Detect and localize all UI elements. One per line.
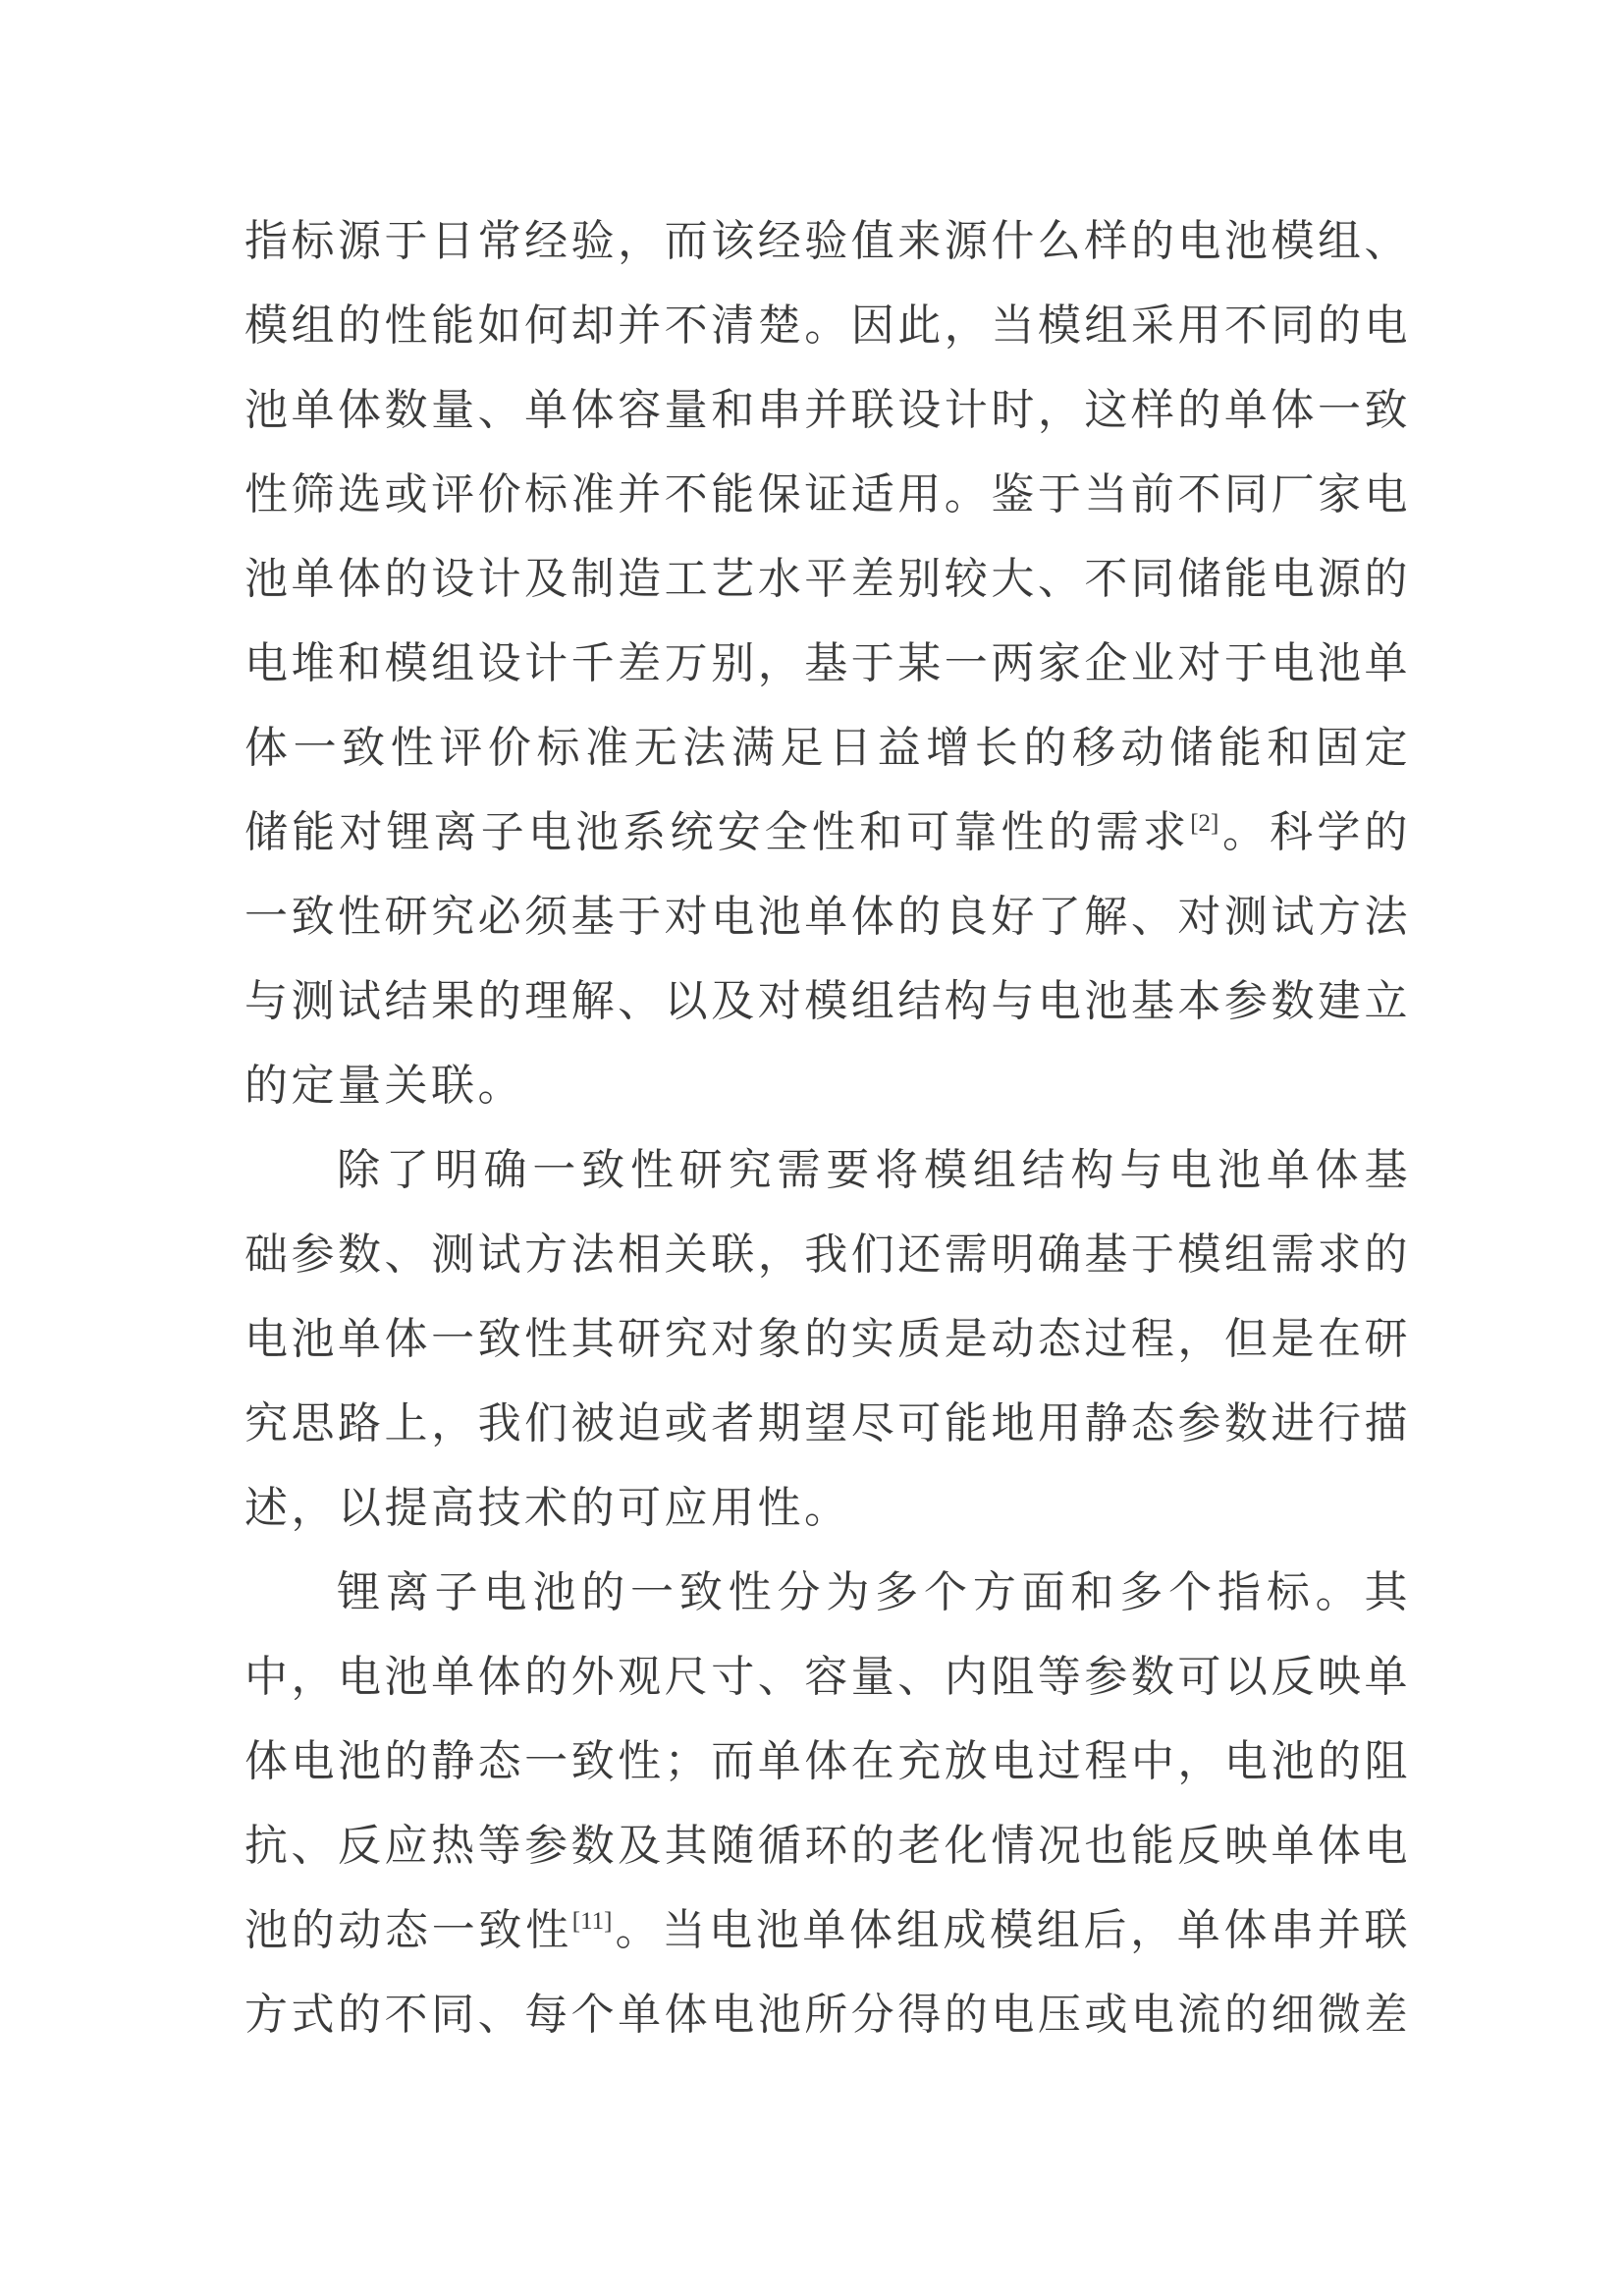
text-line: 述，以提高技术的可应用性。: [244, 1466, 1408, 1551]
text-run: 性筛选或评价标准并不能保证适用。鉴于当前不同厂家电: [244, 470, 1408, 519]
text-line: 池单体的设计及制造工艺水平差别较大、不同储能电源的: [244, 537, 1408, 622]
text-line: 的定量关联。: [244, 1044, 1408, 1128]
text-line: 究思路上，我们被迫或者期望尽可能地用静态参数进行描: [244, 1382, 1408, 1466]
citation-ref: [11]: [572, 1908, 613, 1935]
text-line: 抗、反应热等参数及其随循环的老化情况也能反映单体电: [244, 1804, 1408, 1888]
text-line: 池单体数量、单体容量和串并联设计时，这样的单体一致: [244, 368, 1408, 453]
text-line: 储能对锂离子电池系统安全性和可靠性的需求[2]。科学的: [244, 791, 1408, 875]
text-line: 指标源于日常经验，而该经验值来源什么样的电池模组、: [244, 199, 1408, 284]
text-run: 池单体数量、单体容量和串并联设计时，这样的单体一致: [244, 386, 1408, 434]
text-block: 指标源于日常经验，而该经验值来源什么样的电池模组、模组的性能如何却并不清楚。因此…: [244, 199, 1408, 2057]
paragraph-1: 指标源于日常经验，而该经验值来源什么样的电池模组、模组的性能如何却并不清楚。因此…: [244, 199, 1408, 1128]
text-line: 电堆和模组设计千差万别，基于某一两家企业对于电池单: [244, 622, 1408, 706]
text-run: 指标源于日常经验，而该经验值来源什么样的电池模组、: [244, 217, 1408, 265]
text-line: 体一致性评价标准无法满足日益增长的移动储能和固定: [244, 706, 1408, 791]
document-page: 指标源于日常经验，而该经验值来源什么样的电池模组、模组的性能如何却并不清楚。因此…: [0, 0, 1623, 2296]
text-run: 础参数、测试方法相关联，我们还需明确基于模组需求的: [244, 1230, 1408, 1279]
text-run: 除了明确一致性研究需要将模组结构与电池单体基: [337, 1146, 1408, 1194]
text-line: 与测试结果的理解、以及对模组结构与电池基本参数建立: [244, 959, 1408, 1044]
text-run: 电池单体一致性其研究对象的实质是动态过程，但是在研: [244, 1315, 1408, 1363]
text-run: 与测试结果的理解、以及对模组结构与电池基本参数建立: [244, 977, 1408, 1025]
text-line: 除了明确一致性研究需要将模组结构与电池单体基: [244, 1128, 1408, 1213]
text-run: 抗、反应热等参数及其随循环的老化情况也能反映单体电: [244, 1822, 1408, 1870]
text-run: 池的动态一致性: [244, 1906, 572, 1954]
text-run: 一致性研究必须基于对电池单体的良好了解、对测试方法: [244, 893, 1408, 941]
text-run: 。当电池单体组成模组后，单体串并联: [612, 1906, 1408, 1954]
text-line: 性筛选或评价标准并不能保证适用。鉴于当前不同厂家电: [244, 453, 1408, 537]
text-line: 锂离子电池的一致性分为多个方面和多个指标。其: [244, 1551, 1408, 1635]
text-run: 究思路上，我们被迫或者期望尽可能地用静态参数进行描: [244, 1399, 1408, 1448]
text-run: 池单体的设计及制造工艺水平差别较大、不同储能电源的: [244, 555, 1408, 603]
text-line: 方式的不同、每个单体电池所分得的电压或电流的细微差: [244, 1973, 1408, 2057]
text-run: 电堆和模组设计千差万别，基于某一两家企业对于电池单: [244, 639, 1408, 687]
text-line: 池的动态一致性[11]。当电池单体组成模组后，单体串并联: [244, 1888, 1408, 1973]
text-line: 模组的性能如何却并不清楚。因此，当模组采用不同的电: [244, 284, 1408, 368]
text-run: 体一致性评价标准无法满足日益增长的移动储能和固定: [244, 724, 1408, 772]
text-run: 储能对锂离子电池系统安全性和可靠性的需求: [244, 808, 1190, 856]
paragraph-2: 除了明确一致性研究需要将模组结构与电池单体基础参数、测试方法相关联，我们还需明确…: [244, 1128, 1408, 1551]
text-run: 述，以提高技术的可应用性。: [244, 1484, 851, 1532]
text-line: 中，电池单体的外观尺寸、容量、内阻等参数可以反映单: [244, 1635, 1408, 1720]
text-run: 方式的不同、每个单体电池所分得的电压或电流的细微差: [244, 1991, 1408, 2039]
text-run: 的定量关联。: [244, 1062, 524, 1110]
citation-ref: [2]: [1190, 810, 1218, 837]
text-run: 。科学的: [1218, 808, 1408, 856]
text-run: 锂离子电池的一致性分为多个方面和多个指标。其: [337, 1568, 1408, 1616]
text-line: 础参数、测试方法相关联，我们还需明确基于模组需求的: [244, 1213, 1408, 1297]
text-run: 模组的性能如何却并不清楚。因此，当模组采用不同的电: [244, 301, 1408, 350]
text-run: 中，电池单体的外观尺寸、容量、内阻等参数可以反映单: [244, 1653, 1408, 1701]
text-line: 一致性研究必须基于对电池单体的良好了解、对测试方法: [244, 875, 1408, 959]
text-line: 体电池的静态一致性；而单体在充放电过程中，电池的阻: [244, 1720, 1408, 1804]
text-run: 体电池的静态一致性；而单体在充放电过程中，电池的阻: [244, 1737, 1408, 1785]
text-line: 电池单体一致性其研究对象的实质是动态过程，但是在研: [244, 1297, 1408, 1382]
paragraph-3: 锂离子电池的一致性分为多个方面和多个指标。其中，电池单体的外观尺寸、容量、内阻等…: [244, 1551, 1408, 2057]
